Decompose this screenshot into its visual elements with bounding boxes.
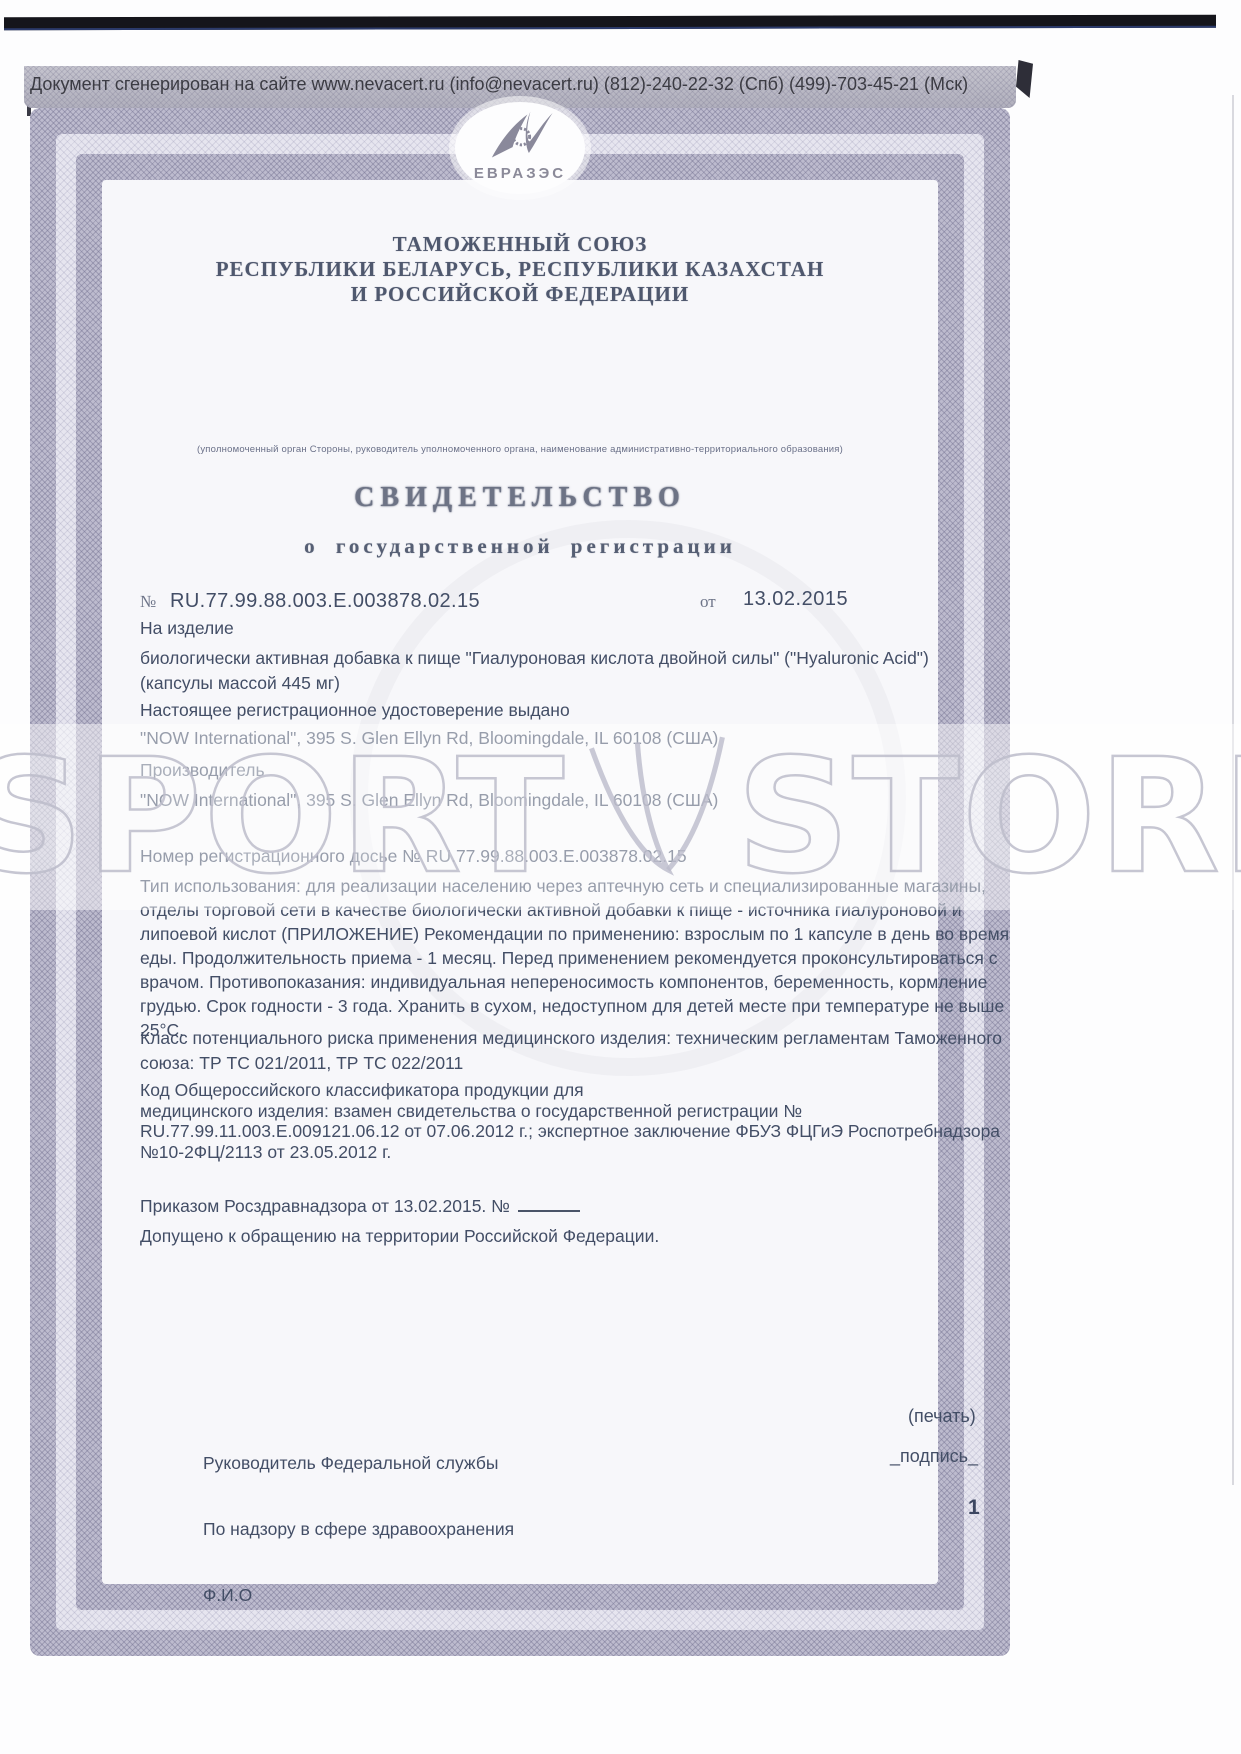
eurasec-logo-text: ЕВРАЗЭС bbox=[474, 165, 566, 182]
scan-corner-mark-right bbox=[1016, 60, 1033, 98]
document-subtitle: о государственной регистрации bbox=[30, 534, 1010, 559]
authority-caption: (уполномоченный орган Стороны, руководит… bbox=[30, 444, 1010, 455]
eurasec-logo: ЕВРАЗЭС bbox=[455, 102, 585, 194]
usage-paragraph: Тип использования: для реализации населе… bbox=[140, 874, 1009, 1042]
order-line-text: Приказом Росздравнадзора от 13.02.2015. … bbox=[140, 1196, 510, 1216]
classifier-paragraph: Код Общероссийского классификатора проду… bbox=[140, 1080, 1000, 1162]
generator-note: Документ сгенерирован на сайте www.nevac… bbox=[30, 74, 968, 95]
risk-class-paragraph: Класс потенциального риска применения ме… bbox=[140, 1026, 1002, 1076]
certificate-scan-page: Документ сгенерирован на сайте www.nevac… bbox=[0, 0, 1241, 1754]
order-line: Приказом Росздравнадзора от 13.02.2015. … bbox=[140, 1196, 580, 1217]
title-line-2: РЕСПУБЛИКИ БЕЛАРУСЬ, РЕСПУБЛИКИ КАЗАХСТА… bbox=[30, 257, 1010, 282]
registration-date-label: от bbox=[700, 592, 716, 612]
order-number-blank bbox=[518, 1196, 580, 1212]
scan-page-edge-line bbox=[1232, 95, 1234, 1485]
stamp-placeholder: (печать) bbox=[908, 1406, 976, 1427]
manufacturer-label: Производитель bbox=[140, 760, 265, 781]
registration-number: RU.77.99.88.003.Е.003878.02.15 bbox=[170, 590, 480, 613]
issued-label: Настоящее регистрационное удостоверение … bbox=[140, 700, 570, 721]
eurasec-emblem-icon bbox=[483, 110, 557, 162]
signatory-line-3: Ф.И.О bbox=[203, 1584, 514, 1606]
customs-union-title: ТАМОЖЕННЫЙ СОЮЗ РЕСПУБЛИКИ БЕЛАРУСЬ, РЕС… bbox=[30, 232, 1010, 307]
product-label: На изделие bbox=[140, 618, 234, 639]
registration-number-label: № bbox=[140, 592, 156, 612]
manufacturer: "NOW International", 395 S. Glen Ellyn R… bbox=[140, 790, 718, 811]
signatory-block: Руководитель Федеральной службы По надзо… bbox=[203, 1408, 514, 1650]
product-description: биологически активная добавка к пище "Ги… bbox=[140, 646, 929, 696]
document-title: СВИДЕТЕЛЬСТВО bbox=[30, 482, 1010, 514]
registration-date: 13.02.2015 bbox=[743, 588, 848, 611]
issued-to: "NOW International", 395 S. Glen Ellyn R… bbox=[140, 728, 718, 749]
title-line-3: И РОССИЙСКОЙ ФЕДЕРАЦИИ bbox=[30, 282, 1010, 307]
signature-placeholder: _подпись_ bbox=[890, 1446, 978, 1467]
scan-top-black-bar bbox=[4, 15, 1216, 31]
title-line-1: ТАМОЖЕННЫЙ СОЮЗ bbox=[30, 232, 1010, 257]
page-number: 1 bbox=[968, 1496, 980, 1520]
signatory-line-2: По надзору в сфере здравоохранения bbox=[203, 1518, 514, 1540]
allowed-line: Допущено к обращению на территории Росси… bbox=[140, 1226, 659, 1247]
signatory-line-1: Руководитель Федеральной службы bbox=[203, 1452, 514, 1474]
dossier-number-line: Номер регистрационного досье № RU.77.99.… bbox=[140, 846, 687, 867]
